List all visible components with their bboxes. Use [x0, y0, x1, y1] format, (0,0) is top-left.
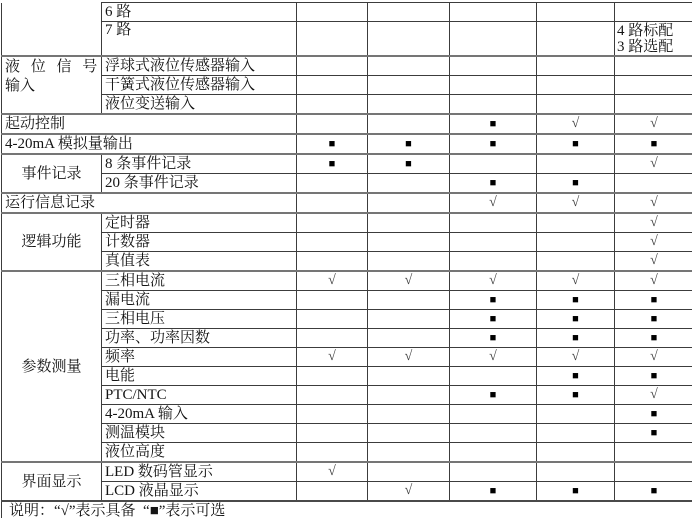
mark-cell: ■ [297, 154, 368, 174]
mark-cell [615, 3, 692, 22]
table-row: 液位高度 [2, 443, 692, 463]
feature-cell: LED 数码管显示 [102, 462, 297, 482]
mark-cell [450, 233, 537, 252]
mark-cell [537, 154, 615, 174]
table-row: 液 位 信 号 输入 浮球式液位传感器输入 [2, 56, 692, 76]
mark-cell [450, 95, 537, 115]
mark-cell: √ [615, 114, 692, 134]
table-row: 4-20mA 输入 ■ [2, 405, 692, 424]
category-cell [2, 3, 102, 57]
mark-cell: ■ [537, 367, 615, 386]
mark-cell [537, 424, 615, 443]
mark-cell: √ [368, 482, 450, 502]
feature-cell: 干簧式液位传感器输入 [102, 76, 297, 95]
mark-cell: √ [615, 154, 692, 174]
mark-cell: ■ [450, 291, 537, 310]
feature-cell: 液位高度 [102, 443, 297, 463]
feature-cell: 液位变送输入 [102, 95, 297, 115]
table-row: 漏电流 ■ ■ ■ [2, 291, 692, 310]
feature-cell: 频率 [102, 348, 297, 367]
mark-cell: √ [297, 348, 368, 367]
mark-cell [537, 213, 615, 233]
mark-cell: ■ [537, 291, 615, 310]
mark-cell [537, 405, 615, 424]
feature-cell: 功率、功率因数 [102, 329, 297, 348]
mark-cell: ■ [537, 310, 615, 329]
table-row: 运行信息记录 √ √ √ [2, 193, 692, 213]
mark-cell: ■ [615, 134, 692, 154]
mark-cell: √ [615, 348, 692, 367]
feature-cell: 测温模块 [102, 424, 297, 443]
mark-cell: √ [450, 193, 537, 213]
mark-cell: √ [615, 233, 692, 252]
mark-cell [297, 114, 368, 134]
mark-cell [615, 443, 692, 463]
mark-cell: √ [537, 271, 615, 291]
mark-cell [450, 462, 537, 482]
table-row: 三相电压 ■ ■ ■ [2, 310, 692, 329]
mark-cell: ■ [297, 134, 368, 154]
mark-cell: √ [297, 271, 368, 291]
mark-cell [537, 233, 615, 252]
table-row: 逻辑功能 定时器 √ [2, 213, 692, 233]
mark-cell [297, 443, 368, 463]
mark-cell: ■ [450, 482, 537, 502]
category-cell: 逻辑功能 [2, 213, 102, 271]
mark-cell [297, 482, 368, 502]
mark-cell [615, 462, 692, 482]
mark-cell [297, 95, 368, 115]
mark-cell [537, 56, 615, 76]
mark-cell [297, 193, 368, 213]
mark-cell [368, 213, 450, 233]
mark-cell [297, 367, 368, 386]
table-row: 事件记录 8 条事件记录 ■ ■ √ [2, 154, 692, 174]
mark-cell [537, 252, 615, 272]
feature-cell: 4-20mA 输入 [102, 405, 297, 424]
category-cell: 界面显示 [2, 462, 102, 501]
feature-cell: 运行信息记录 [2, 193, 297, 213]
mark-cell [615, 95, 692, 115]
feature-cell: PTC/NTC [102, 386, 297, 405]
mark-cell [537, 95, 615, 115]
mark-cell [368, 233, 450, 252]
mark-cell [297, 174, 368, 194]
table-row: 4-20mA 模拟量输出 ■ ■ ■ ■ ■ [2, 134, 692, 154]
mark-cell [615, 56, 692, 76]
mark-cell: ■ [450, 386, 537, 405]
mark-cell [297, 329, 368, 348]
mark-cell [297, 213, 368, 233]
table-row: LCD 液晶显示 √ ■ ■ ■ [2, 482, 692, 502]
mark-cell [368, 56, 450, 76]
table-row: 真值表 √ [2, 252, 692, 272]
feature-cell: 定时器 [102, 213, 297, 233]
mark-cell: ■ [615, 367, 692, 386]
mark-cell [537, 462, 615, 482]
mark-cell [368, 462, 450, 482]
mark-cell: ■ [450, 310, 537, 329]
mark-cell [368, 76, 450, 95]
mark-cell: ■ [615, 405, 692, 424]
mark-cell: ■ [537, 482, 615, 502]
mark-cell [368, 405, 450, 424]
mark-cell [450, 252, 537, 272]
mark-cell [368, 386, 450, 405]
mark-cell: √ [615, 213, 692, 233]
table-row: 起动控制 ■ √ √ [2, 114, 692, 134]
mark-cell [297, 386, 368, 405]
feature-cell: 漏电流 [102, 291, 297, 310]
mark-cell [368, 174, 450, 194]
table-row: 电能 ■ ■ [2, 367, 692, 386]
mark-cell [368, 114, 450, 134]
mark-cell [450, 424, 537, 443]
category-cell: 液 位 信 号 输入 [2, 56, 102, 114]
feature-cell: 真值表 [102, 252, 297, 272]
mark-cell [450, 405, 537, 424]
mark-cell: ■ [537, 134, 615, 154]
table-row: 参数测量 三相电流 √ √ √ √ √ [2, 271, 692, 291]
mark-cell: √ [368, 348, 450, 367]
mark-cell: √ [450, 348, 537, 367]
feature-cell: 8 条事件记录 [102, 154, 297, 174]
mark-cell [297, 233, 368, 252]
mark-cell: ■ [537, 329, 615, 348]
mark-cell [297, 56, 368, 76]
feature-cell: 三相电流 [102, 271, 297, 291]
mark-cell [297, 252, 368, 272]
mark-cell [368, 193, 450, 213]
mark-cell: ■ [368, 154, 450, 174]
mark-cell [297, 424, 368, 443]
mark-cell [368, 443, 450, 463]
mark-cell [450, 3, 537, 22]
category-cell: 参数测量 [2, 271, 102, 462]
mark-cell [368, 22, 450, 57]
mark-cell: √ [297, 462, 368, 482]
table-row: 液位变送输入 [2, 95, 692, 115]
mark-cell [368, 95, 450, 115]
table-row: 功率、功率因数 ■ ■ ■ [2, 329, 692, 348]
feature-cell: 三相电压 [102, 310, 297, 329]
table-row: 7 路 4 路标配 3 路选配 [2, 22, 692, 57]
mark-cell [368, 291, 450, 310]
option-note-cell: 4 路标配 3 路选配 [615, 22, 692, 57]
table-row: 说明：“√”表示具备 “■”表示可选 [2, 501, 692, 518]
mark-cell: √ [450, 271, 537, 291]
mark-cell: ■ [615, 291, 692, 310]
table-row: 测温模块 ■ [2, 424, 692, 443]
mark-cell [615, 76, 692, 95]
mark-cell: ■ [450, 114, 537, 134]
feature-cell: 计数器 [102, 233, 297, 252]
mark-cell: ■ [450, 134, 537, 154]
feature-cell: 4-20mA 模拟量输出 [2, 134, 297, 154]
mark-cell [450, 56, 537, 76]
mark-cell: √ [615, 271, 692, 291]
mark-cell [615, 174, 692, 194]
feature-cell: 7 路 [102, 22, 297, 57]
mark-cell [368, 329, 450, 348]
mark-cell: √ [615, 386, 692, 405]
mark-cell: ■ [615, 482, 692, 502]
mark-cell: ■ [368, 134, 450, 154]
mark-cell [537, 443, 615, 463]
feature-cell: 20 条事件记录 [102, 174, 297, 194]
mark-cell: ■ [615, 310, 692, 329]
mark-cell [537, 76, 615, 95]
table-row: PTC/NTC ■ ■ √ [2, 386, 692, 405]
mark-cell [450, 22, 537, 57]
mark-cell: ■ [615, 329, 692, 348]
mark-cell: √ [537, 193, 615, 213]
table-row: 干簧式液位传感器输入 [2, 76, 692, 95]
table-row: 6 路 [2, 3, 692, 22]
mark-cell: ■ [537, 386, 615, 405]
mark-cell: ■ [450, 329, 537, 348]
mark-cell [450, 154, 537, 174]
feature-cell: 6 路 [102, 3, 297, 22]
mark-cell [297, 76, 368, 95]
mark-cell [368, 367, 450, 386]
mark-cell [450, 443, 537, 463]
mark-cell [450, 76, 537, 95]
mark-cell [537, 22, 615, 57]
table-row: 频率 √ √ √ √ √ [2, 348, 692, 367]
feature-cell: LCD 液晶显示 [102, 482, 297, 502]
mark-cell [297, 291, 368, 310]
feature-comparison-table: 6 路 7 路 4 路标配 3 路选配 液 位 信 号 输入 浮球式液位传感器输… [1, 2, 692, 518]
mark-cell [297, 310, 368, 329]
mark-cell: ■ [537, 174, 615, 194]
mark-cell: √ [615, 193, 692, 213]
mark-cell: √ [368, 271, 450, 291]
scanned-feature-table-page: 6 路 7 路 4 路标配 3 路选配 液 位 信 号 输入 浮球式液位传感器输… [0, 0, 692, 518]
mark-cell [297, 3, 368, 22]
table-row: 20 条事件记录 ■ ■ [2, 174, 692, 194]
feature-cell: 电能 [102, 367, 297, 386]
mark-cell [368, 252, 450, 272]
mark-cell: √ [537, 114, 615, 134]
feature-cell: 起动控制 [2, 114, 297, 134]
mark-cell [297, 405, 368, 424]
mark-cell [297, 22, 368, 57]
mark-cell: ■ [615, 424, 692, 443]
mark-cell: √ [537, 348, 615, 367]
mark-cell [537, 3, 615, 22]
mark-cell [450, 367, 537, 386]
table-row: 界面显示 LED 数码管显示 √ [2, 462, 692, 482]
category-cell: 事件记录 [2, 154, 102, 193]
mark-cell: ■ [450, 174, 537, 194]
feature-cell: 浮球式液位传感器输入 [102, 56, 297, 76]
mark-cell [368, 3, 450, 22]
mark-cell [368, 310, 450, 329]
mark-cell: √ [615, 252, 692, 272]
legend-note-text: 说明：“√”表示具备 “■”表示可选 [2, 501, 692, 518]
mark-cell [368, 424, 450, 443]
mark-cell [450, 213, 537, 233]
table-row: 计数器 √ [2, 233, 692, 252]
